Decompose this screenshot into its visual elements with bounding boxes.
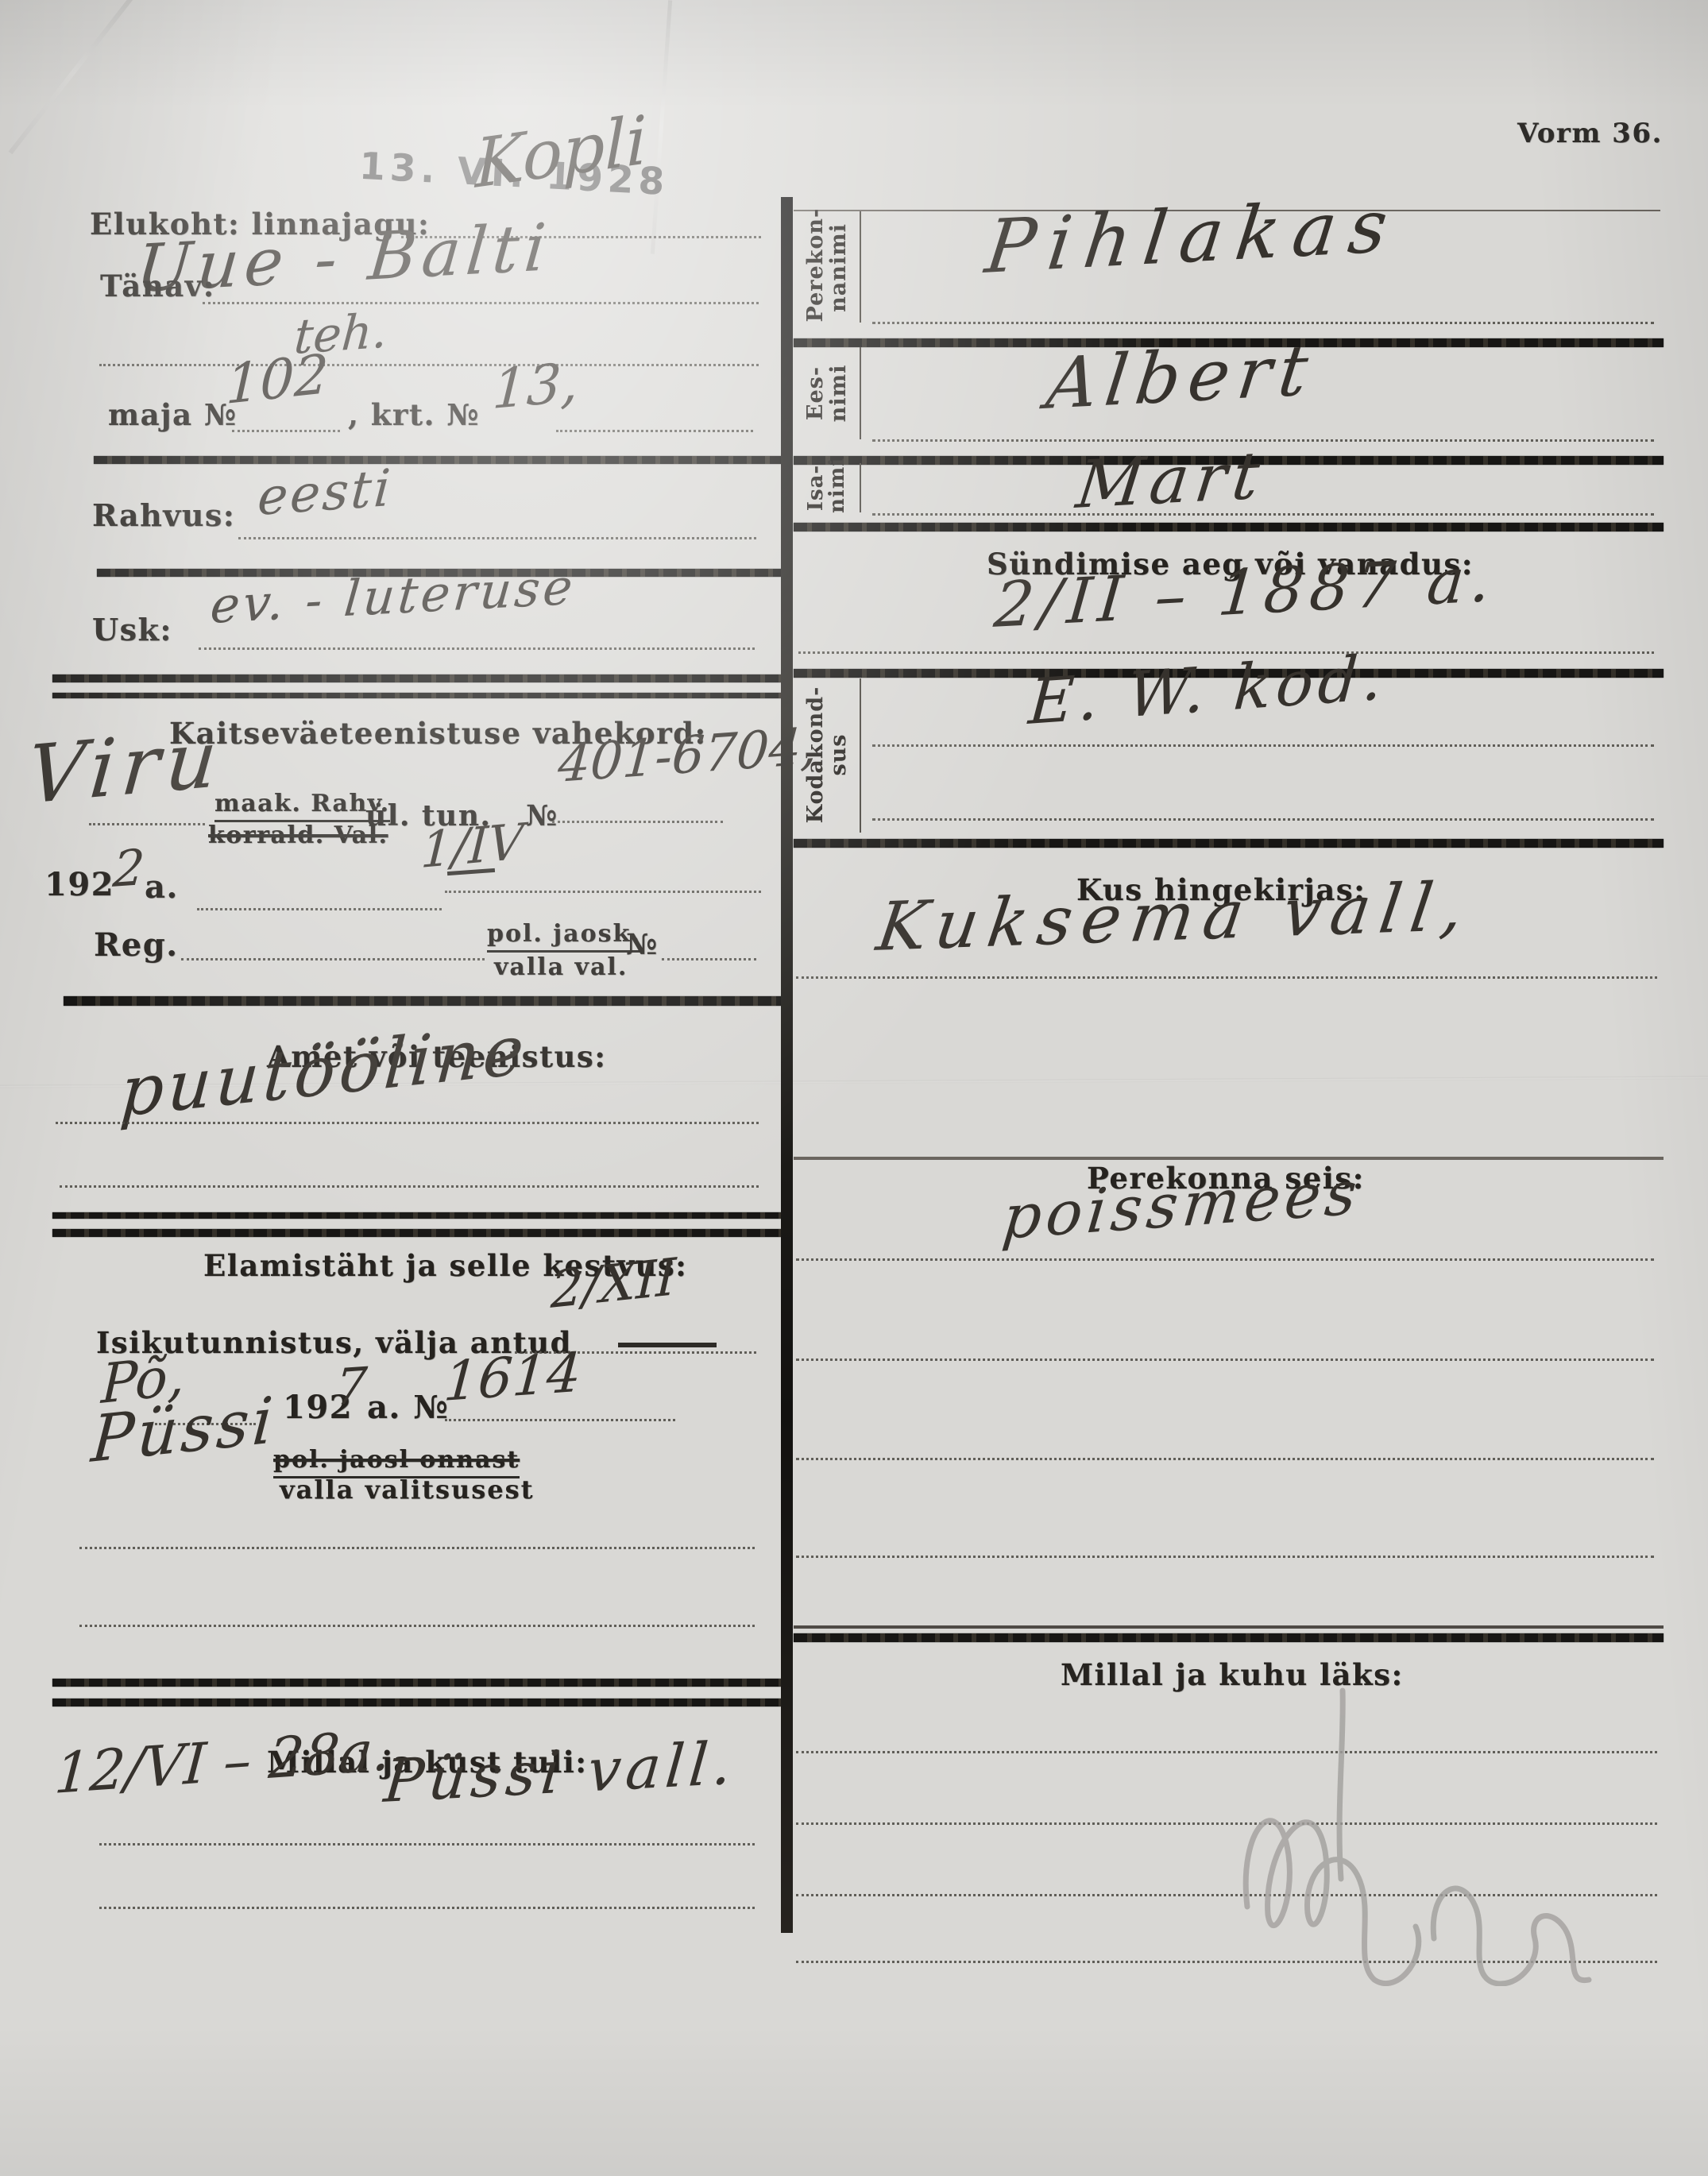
krt-number-handwritten: 13, (491, 351, 580, 422)
column-divider (781, 197, 793, 1933)
year-digit-handwritten: 2 (111, 838, 146, 899)
usk-label: Usk: (92, 612, 172, 647)
dotted-line (197, 908, 442, 910)
dotted-line (199, 647, 755, 650)
kodakondsus-label-line2: sus (827, 677, 850, 833)
eesnimi-label: Ees- nimi (794, 346, 860, 440)
kodakondsus-label: Kodakond- sus (794, 677, 860, 833)
rule-bar (794, 1633, 1664, 1642)
isanimi-label-line2: nimi (827, 462, 848, 513)
paper-crease (651, 0, 672, 254)
maja-label: maja № (108, 397, 238, 432)
millal-tuli-date-handwritten: 12/VI – 28a. (52, 1718, 392, 1807)
isanimi-label: Isa- nimi (794, 462, 860, 513)
dotted-line (872, 818, 1654, 821)
dotted-line (203, 302, 759, 304)
dotted-line (56, 1122, 759, 1124)
kaitse-county-handwritten: Viru (24, 711, 227, 822)
rahvus-label: Rahvus: (92, 497, 235, 533)
light-rule (794, 1625, 1664, 1629)
label-strip-line (860, 678, 861, 833)
light-rule (794, 1157, 1664, 1160)
isanimi-label-line1: Isa- (806, 462, 827, 513)
krt-label: , krt. № (348, 397, 480, 432)
perekonnanimi-handwritten: Pihlakas (981, 183, 1405, 290)
handwritten-dash (618, 1343, 717, 1347)
dotted-line (445, 1419, 675, 1421)
rule-bar (52, 1229, 783, 1237)
dotted-line (556, 430, 753, 432)
kodakondsus-label-line1: Kodakond- (804, 677, 827, 833)
dotted-line (99, 1843, 755, 1846)
dotted-line (796, 976, 1657, 979)
dotted-line (99, 364, 759, 366)
perekonnanimi-label-line2: nanimi (827, 213, 850, 322)
reg-label: Reg. (94, 926, 179, 964)
tanav-label: Tänav: (100, 269, 215, 303)
valla-val-label: valla val. (494, 953, 628, 981)
amet-handwritten: puutööline (118, 1010, 530, 1133)
dotted-line (872, 513, 1654, 516)
year-a-label: a. (145, 868, 179, 906)
dotted-line (796, 1458, 1654, 1460)
perekonnanimi-label: Perekon- nanimi (794, 213, 860, 322)
dotted-line (662, 958, 756, 960)
elamistaht-date-handwritten: 2/XII (550, 1248, 677, 1320)
hingekiri-handwritten: Kuksema vall, (872, 867, 1478, 966)
dotted-line (232, 430, 340, 432)
label-strip-line (860, 211, 861, 323)
rule-bar (794, 839, 1664, 848)
korrald-val-label-struck: korrald. Val. (208, 821, 388, 849)
label-strip-line (860, 463, 861, 512)
isanimi-handwritten: Mart (1072, 438, 1269, 524)
isik-number-handwritten: 1614 (442, 1341, 583, 1414)
dotted-line (872, 744, 1654, 747)
label-strip-line (860, 347, 861, 439)
dotted-line (89, 823, 205, 825)
pol-jaosk-label: pol. jaosk. (487, 920, 641, 953)
eesnimi-handwritten: Albert (1042, 329, 1320, 425)
isik-year-digit-handwritten: 7 (334, 1356, 369, 1417)
rule-bar (52, 1679, 783, 1687)
dotted-line (60, 1185, 759, 1188)
rule-bar (94, 456, 783, 464)
rahvus-handwritten: eesti (256, 459, 395, 528)
paper-crease (9, 0, 140, 154)
dotted-line (872, 322, 1654, 324)
dotted-line (552, 821, 723, 823)
rule-bar (52, 693, 783, 698)
dotted-line (445, 891, 761, 893)
millal-tuli-place-handwritten: Püssi vall. (381, 1729, 739, 1816)
numero-sign: № (626, 928, 659, 961)
dotted-line (99, 1907, 755, 1909)
year-printed: 192 (44, 866, 114, 903)
maak-rahv-label: maak. Rahv. (214, 790, 390, 822)
dotted-line (79, 1625, 755, 1627)
dotted-line (796, 1258, 1654, 1261)
dotted-line (238, 537, 756, 539)
dotted-line (796, 1556, 1654, 1558)
valla-valitsusest-label: valla valitsusest (280, 1475, 534, 1505)
rule-bar (52, 1212, 783, 1219)
perekonnaseis-handwritten: poissmees (999, 1157, 1365, 1253)
isik-a-label: a. № (367, 1389, 449, 1426)
maja-number-handwritten: 102 (225, 343, 330, 417)
form-number: Vorm 36. (1517, 118, 1663, 149)
eesnimi-label-line2: nimi (827, 346, 850, 440)
dotted-line (181, 958, 485, 960)
dotted-line (79, 1547, 755, 1549)
pencil-scribble-mark (1223, 1676, 1637, 1986)
rule-bar (64, 996, 783, 1006)
dotted-line (796, 1359, 1654, 1361)
pol-jaosl-label-struck: pol. jaosl onnast (273, 1446, 520, 1478)
perekonnanimi-label-line1: Perekon- (804, 213, 827, 322)
rule-bar (52, 1699, 783, 1706)
numero-sign: № (526, 799, 558, 833)
eesnimi-label-line1: Ees- (804, 346, 827, 440)
kodakondsus-handwritten: E. W. kod. (1026, 642, 1389, 739)
rule-bar (794, 523, 1664, 531)
scanned-form-vorm-36: Vorm 36. 13. VI. 1928 Kopli Elukoht: lin… (0, 0, 1708, 2176)
rule-bar (52, 674, 783, 682)
